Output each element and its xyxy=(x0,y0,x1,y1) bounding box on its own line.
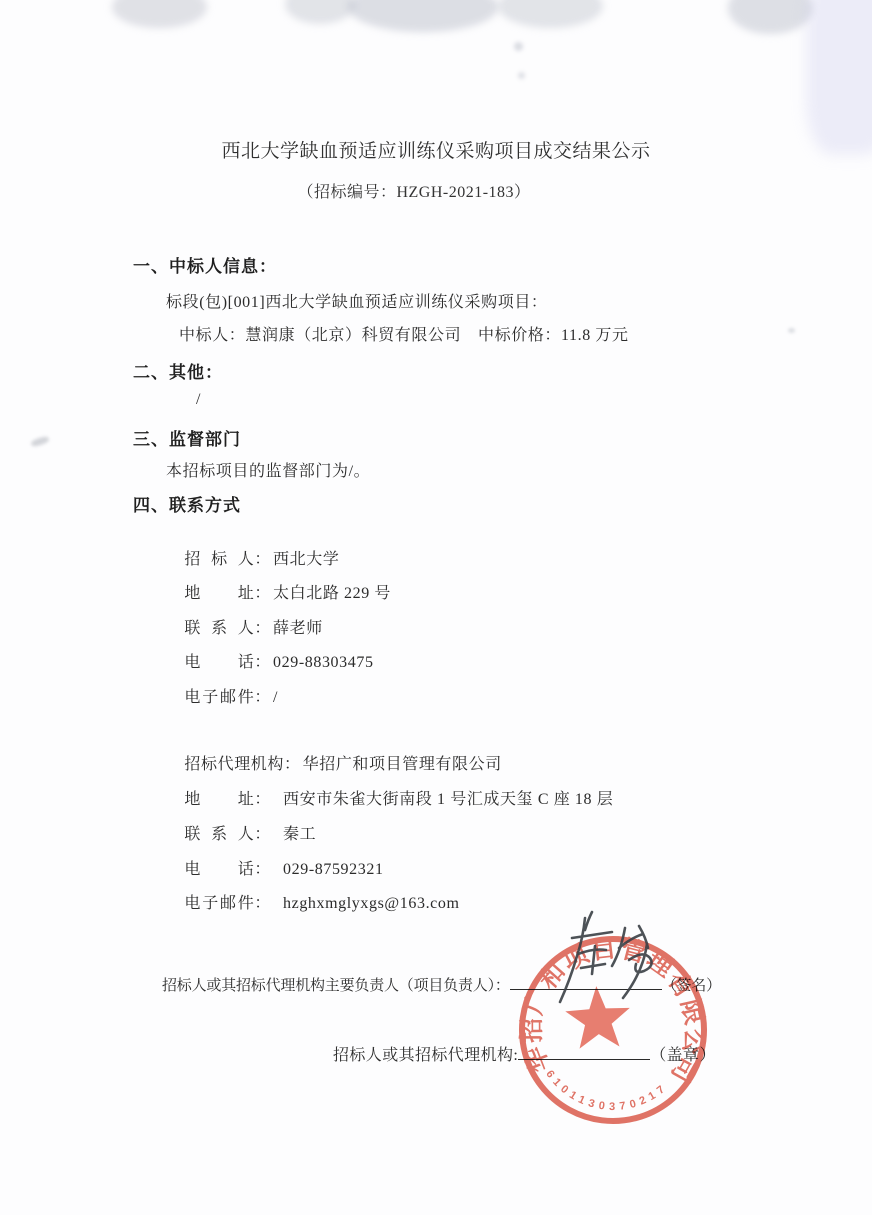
scan-smudge xyxy=(285,0,355,24)
scan-smudge xyxy=(518,72,525,79)
winner-name: 中标人：慧润康（北京）科贸有限公司 xyxy=(179,322,461,345)
winner-price: 中标价格：11.8 万元 xyxy=(478,322,629,345)
scan-smudge xyxy=(728,0,813,34)
contact-label: 电子邮件 xyxy=(184,890,254,913)
contact-value: hzghxmglyxgs@163.com xyxy=(283,895,460,913)
section-2-heading: 二、其他： xyxy=(133,358,223,383)
scan-smudge xyxy=(514,42,523,51)
scan-smudge xyxy=(498,0,603,28)
contact-colon: ： xyxy=(254,684,271,707)
scan-smudge xyxy=(806,0,872,155)
package-line: 标段(包)[001]西北大学缺血预适应训练仪采购项目： xyxy=(166,289,548,312)
scanned-document-page: 西北大学缺血预适应训练仪采购项目成交结果公示 （招标编号：HZGH-2021-1… xyxy=(0,0,872,1215)
tenderer-row: 电子邮件：/ xyxy=(166,666,278,725)
contact-value: 029-88303475 xyxy=(273,654,374,672)
section-3-heading: 三、监督部门 xyxy=(133,425,241,450)
section-2-content: / xyxy=(196,391,201,409)
contact-value: 西安市朱雀大街南段 1 号汇成天玺 C 座 18 层 xyxy=(283,786,613,809)
contact-colon: ： xyxy=(254,890,271,913)
contact-label: 电子邮件 xyxy=(184,684,254,707)
stamp-label: 招标人或其招标代理机构: xyxy=(333,1042,518,1065)
contact-value: / xyxy=(273,689,278,707)
handwritten-signature xyxy=(545,900,675,1015)
signature-label: 招标人或其招标代理机构主要负责人（项目负责人）： xyxy=(162,974,510,995)
scan-smudge xyxy=(788,328,795,333)
section-3-content: 本招标项目的监督部门为/。 xyxy=(166,458,370,481)
section-1-heading: 一、中标人信息： xyxy=(133,252,277,277)
section-4-heading: 四、联系方式 xyxy=(133,491,241,516)
scan-smudge xyxy=(112,0,207,28)
scan-smudge xyxy=(30,435,49,447)
scan-smudge xyxy=(348,0,498,32)
page-title: 西北大学缺血预适应训练仪采购项目成交结果公示 xyxy=(0,136,872,163)
agency-row: 电子邮件：hzghxmglyxgs@163.com xyxy=(166,872,460,931)
tender-number-subtitle: （招标编号：HZGH-2021-183） xyxy=(0,179,850,202)
